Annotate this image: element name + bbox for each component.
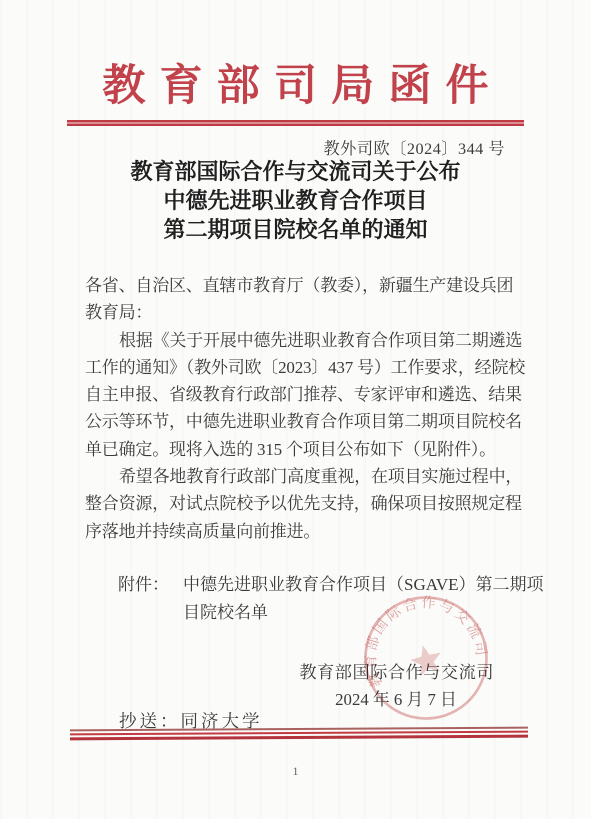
body-text-line: 工作的通知》（教外司欧〔2023〕437 号）工作要求，经院校	[85, 354, 515, 381]
body-text-line: 根据《关于开展中德先进职业教育合作项目第二期遴选	[85, 327, 515, 354]
document-page: 教育部司局函件 教外司欧〔2024〕344 号 教育部国际合作与交流司关于公布中…	[0, 0, 591, 819]
page-number: 1	[0, 764, 591, 779]
document-title-line: 第二期项目院校名单的通知	[0, 216, 591, 245]
document-title-line: 中德先进职业教育合作项目	[0, 187, 591, 216]
letterhead-title: 教育部司局函件	[0, 52, 591, 113]
document-number: 教外司欧〔2024〕344 号	[323, 135, 505, 159]
body-text-line: 单已确定。现将入选的 315 个项目公布如下（见附件）。	[85, 436, 515, 463]
footer-divider	[70, 727, 528, 740]
document-title-line: 教育部国际合作与交流司关于公布	[0, 158, 591, 187]
body-text-line: 自主申报、省级教育行政部门推荐、专家评审和遴选、结果	[85, 381, 515, 408]
body-text-line: 各省、自治区、直辖市教育厅（教委），新疆生产建设兵团	[85, 272, 515, 299]
body-text-line: 教育局：	[85, 299, 515, 326]
attachment-label: 附件：	[118, 571, 169, 599]
body-text-line: 序落地并持续高质量向前推进。	[85, 518, 515, 545]
body-text-line: 整合资源，对试点院校予以优先支持，确保项目按照规定程	[85, 490, 515, 517]
letterhead-divider	[67, 120, 524, 126]
attachment-content-line: 中德先进职业教育合作项目（SGAVE）第二期项	[183, 571, 543, 599]
document-title: 教育部国际合作与交流司关于公布中德先进职业教育合作项目第二期项目院校名单的通知	[0, 158, 591, 244]
seal-star-icon	[408, 641, 446, 678]
body-text-line: 希望各地教育行政部门高度重视，在项目实施过程中，	[85, 463, 515, 490]
body-text: 各省、自治区、直辖市教育厅（教委），新疆生产建设兵团教育局：根据《关于开展中德先…	[85, 272, 515, 545]
body-text-line: 公示等环节，中德先进职业教育合作项目第二期项目院校名	[85, 408, 515, 435]
footer-divider-thick-line	[70, 734, 528, 740]
